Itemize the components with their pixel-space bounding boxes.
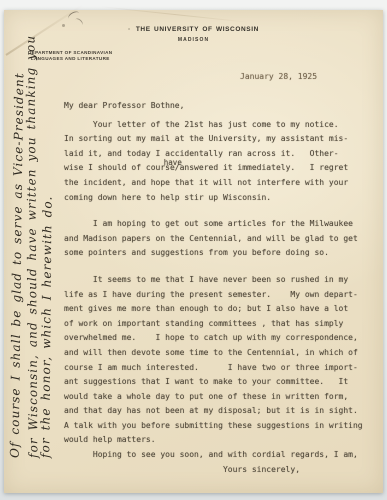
- body-line: Your letter of the 21st has just come to…: [64, 118, 376, 133]
- body-line: would help matters.: [64, 433, 376, 448]
- body-line: would take a whole day to put one of the…: [64, 390, 376, 405]
- body-line: It seems to me that I have never been so…: [64, 273, 376, 288]
- letter-body: My dear Professor Bothne, Your letter of…: [64, 99, 376, 477]
- body-line: life as I have during the present semest…: [64, 288, 376, 303]
- letter-page: ·THE UNIVERSITY OF WISCONSIN MADISON DEP…: [4, 10, 383, 493]
- letterhead-madison: MADISON: [4, 37, 383, 43]
- body-line: wise I should of coursehave/answered it …: [64, 161, 376, 176]
- inserted-word: have: [164, 156, 182, 171]
- body-line: laid it, and today I accidentally ran ac…: [64, 147, 376, 162]
- body-line: ant suggestions that I want to make to y…: [64, 375, 376, 390]
- body-line: Yours sincerely,: [64, 463, 376, 478]
- margin-note-line: for the honor, which I herewith do.: [38, 60, 56, 458]
- margin-note: Of course I shall be glad to serve as Vi…: [10, 60, 55, 458]
- body-line: Hoping to see you soon, and with cordial…: [64, 448, 376, 463]
- body-line: some pointers and suggestions from you b…: [64, 246, 376, 261]
- letterhead: ·THE UNIVERSITY OF WISCONSIN MADISON: [4, 26, 383, 43]
- letterhead-title-text: THE UNIVERSITY OF WISCONSIN: [136, 26, 259, 33]
- letterhead-bullet: ·: [128, 26, 131, 33]
- body-line: of work on important standing committees…: [64, 317, 376, 332]
- body-line: My dear Professor Bothne,: [64, 99, 376, 114]
- body-line: coming down here to help stir up Wiscons…: [64, 191, 376, 206]
- body-line: and Madison papers on the Centennial, an…: [64, 232, 376, 247]
- body-line: the incident, and hope that it will not …: [64, 176, 376, 191]
- body-line: In sorting out my mail at the University…: [64, 132, 376, 147]
- body-line: course I am much interested. I have two …: [64, 361, 376, 376]
- letter-date: January 28, 1925: [240, 72, 317, 81]
- body-line: A talk with you before submitting these …: [64, 419, 376, 434]
- body-line: and will then devote some time to the Ce…: [64, 346, 376, 361]
- body-line: I am hoping to get out some articles for…: [64, 217, 376, 232]
- body-line: overwhelmed me. I hope to catch up with …: [64, 331, 376, 346]
- body-line: and that day has not been at my disposal…: [64, 404, 376, 419]
- paper-crease: [100, 6, 249, 23]
- letterhead-title: ·THE UNIVERSITY OF WISCONSIN: [4, 26, 383, 34]
- body-line: ment gives me more than enough to do; bu…: [64, 302, 376, 317]
